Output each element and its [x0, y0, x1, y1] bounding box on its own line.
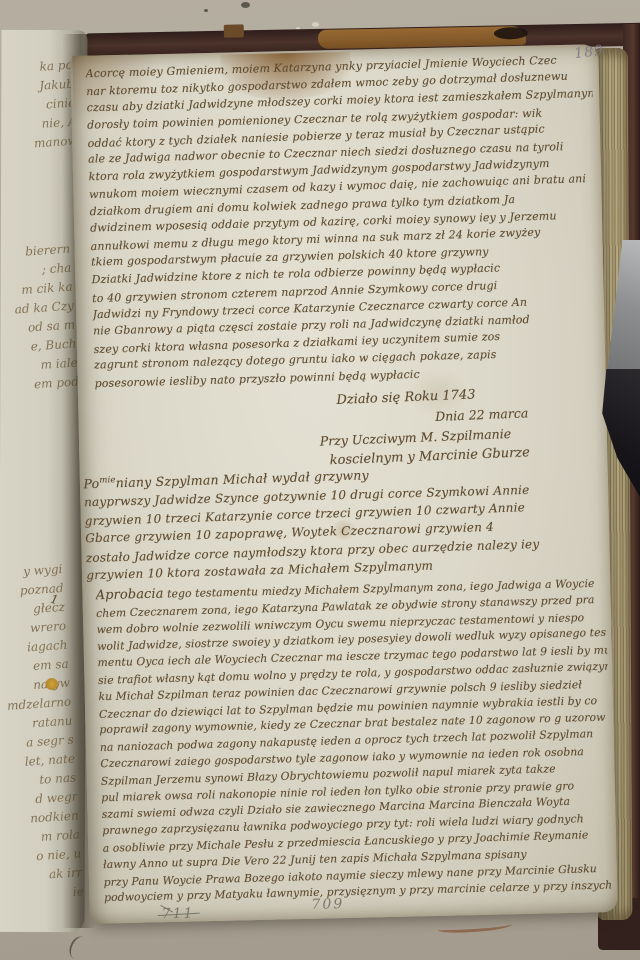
pencil-number-crossed: 711	[162, 906, 195, 923]
photo-of-manuscript: ka poJakubcinienie, Amanow biererncha ;m…	[0, 0, 640, 960]
debris-speck	[204, 9, 208, 12]
hair-crack	[66, 933, 92, 960]
superscript-insertion: mie	[99, 475, 116, 486]
pencil-number: 709	[311, 896, 344, 913]
clasp-metal-part	[598, 240, 640, 379]
word-prefix: Po	[83, 476, 99, 491]
approbation-lines: chem Czecznarem zona, iego Katarzyna Paw…	[96, 592, 614, 908]
paper-fleck	[312, 22, 319, 27]
book-clasp-strap	[598, 240, 640, 508]
stain-squiggle	[438, 920, 512, 934]
approbation-paragraph: Aprobacia tego testamentu miedzy Michałe…	[95, 575, 614, 908]
cover-tab	[224, 24, 244, 37]
manuscript-page: 189 Acorcę moiey Gmieniem, moiem Katarzy…	[70, 44, 618, 924]
clasp-leather-corner	[598, 369, 640, 508]
payments-paragraph: Pomieniany Szpylman Michał wydał grzywny…	[83, 456, 602, 586]
wax-spot	[45, 678, 58, 690]
debris-speck	[241, 2, 250, 8]
payments-lines: nayprwszy Jadwidze Szynce gotzywnie 10 d…	[84, 478, 603, 586]
paragraph-initial-word: Aprobacia	[95, 587, 163, 604]
testament-paragraph: Acorcę moiey Gmieniem, moiem Katarzyna y…	[85, 51, 600, 392]
